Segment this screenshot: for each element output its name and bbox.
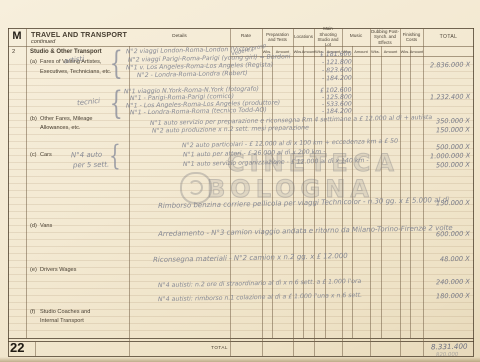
column-header-main-shooting: Main Shooting Studio and Lot [314, 28, 342, 46]
row-b-label2: Allowances, etc. [40, 125, 80, 131]
handwritten-total: 150.000 X [436, 126, 470, 135]
section-letter: M [8, 30, 26, 42]
subheader-amount: Amount [410, 46, 423, 56]
handwritten-brace: { [110, 84, 123, 122]
grid-line [293, 28, 294, 356]
row-c-label: Cars [40, 152, 52, 158]
footer-total-label: TOTAL [185, 345, 228, 350]
handwritten-total: 2.836.000 X [430, 61, 470, 70]
handwritten-note: per 5 sett. [73, 161, 109, 170]
scan-edge-shadow [0, 357, 480, 362]
item-number: 2 [12, 49, 15, 55]
handwritten-total: 350.000 X [436, 117, 470, 126]
column-header-dubbing: Dubbing Post-Synch. and Effects [370, 28, 400, 46]
handwritten-total: 1.232.400 X [430, 93, 470, 102]
row-b-label: Other Fares, Mileage [40, 116, 93, 122]
handwritten-amount: - 823.600 [322, 67, 352, 75]
column-header-locations: Locations [293, 28, 314, 46]
subheader-amount: Amount [303, 46, 314, 56]
grid-line [8, 338, 474, 339]
handwritten-total: 1.000.000 X [430, 152, 470, 161]
column-header-rate: Rate [230, 28, 262, 46]
handwritten-brace: { [110, 44, 123, 82]
row-f-tag: (f) [30, 309, 35, 315]
handwritten-total: 150.000 X [436, 199, 470, 208]
grid-line [8, 341, 474, 342]
grid-line [410, 46, 411, 338]
row-f-label2: Internal Transport [40, 318, 84, 324]
page-subtitle: continued [31, 39, 55, 45]
section-heading: Studio & Other Transport [30, 49, 102, 55]
handwritten-total: 500.000 X [436, 143, 470, 152]
column-header-total: TOTAL [423, 28, 474, 46]
row-f-label: Studio Coaches and [40, 309, 90, 315]
handwritten-amount: - 184.200 [322, 108, 352, 116]
column-header-details: Details [129, 28, 230, 46]
grid-line [8, 28, 9, 356]
grid-line [423, 28, 424, 356]
grid-line [473, 28, 474, 356]
handwritten-total: 500.000 X [436, 161, 470, 170]
row-b-tag: (b) [30, 116, 37, 122]
column-header-music: Music [342, 28, 370, 46]
subheader-amount: Amount [381, 46, 400, 56]
row-c-tag: (c) [30, 152, 37, 158]
handwritten-total: 240.000 X [436, 278, 470, 287]
handwritten-amount: £ 181.600 [320, 51, 352, 59]
subheader-amount: Amount [352, 46, 370, 56]
handwritten-total: 48.000 X [440, 255, 470, 264]
grid-line [26, 28, 27, 338]
grid-line [381, 46, 382, 338]
row-a-label2: Executives, Technicians, etc. [40, 69, 111, 75]
row-e-tag: (e) [30, 267, 37, 273]
grid-line [314, 28, 315, 356]
grid-line [370, 28, 371, 356]
handwritten-total: 600.000 X [436, 230, 470, 239]
handwritten-amount: - 121.800 [322, 59, 352, 67]
subheader-wks: Wks. [400, 46, 410, 56]
column-header-finishing: Finishing Costs [400, 28, 423, 46]
grid-line [35, 341, 36, 356]
grid-line [400, 28, 401, 356]
page-number: 22 [10, 340, 24, 355]
handwritten-grand-total: 8.331.400 [431, 342, 468, 352]
row-d-tag: (d) [30, 223, 37, 229]
handwritten-brace: { [109, 139, 121, 172]
handwritten-amount: - 184.200 [322, 75, 352, 83]
row-a-tag: (a) [30, 59, 37, 65]
handwritten-note: N°4 auto [71, 151, 102, 160]
row-e-label: Drivers Wages [40, 267, 76, 273]
subheader-wks: Wks. [370, 46, 381, 56]
grid-line [262, 28, 263, 356]
scanned-budget-page: M TRAVEL AND TRANSPORT continued Details… [0, 0, 480, 362]
row-d-label: Vans [40, 223, 52, 229]
handwritten-total: 180.000 X [436, 292, 470, 301]
